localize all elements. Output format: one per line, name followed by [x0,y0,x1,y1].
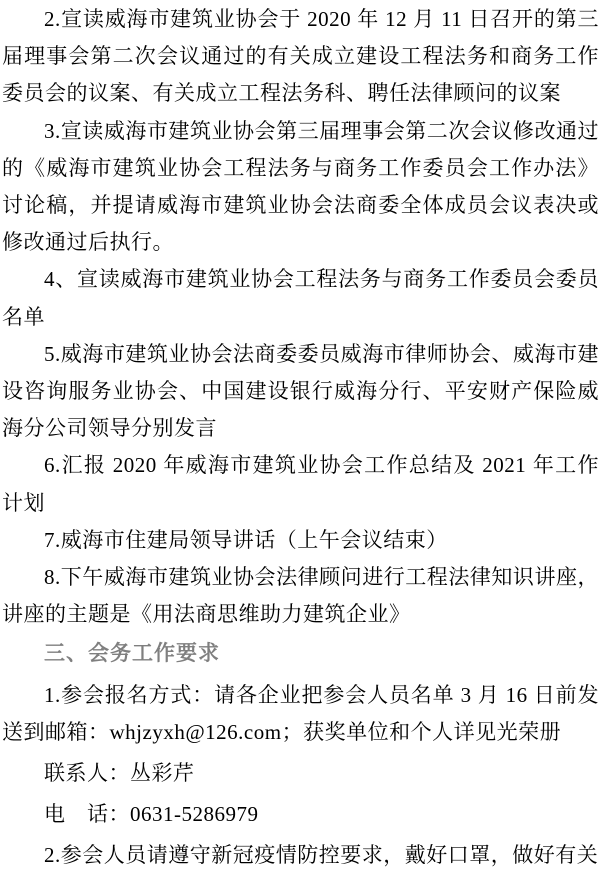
document-page: 2.宣读威海市建筑业协会于 2020 年 12 月 11 日召开的第三届理事会第… [0,0,601,875]
body-paragraph: 联系人：丛彩芹 [2,755,599,792]
body-paragraph: 电 话：0631-5286979 [2,796,599,833]
body-paragraph: 7.威海市住建局领导讲话（上午会议结束） [2,522,599,559]
body-paragraph: 2.参会人员请遵守新冠疫情防控要求，戴好口罩，做好有关 [2,837,599,874]
body-paragraph: 2.宣读威海市建筑业协会于 2020 年 12 月 11 日召开的第三届理事会第… [2,1,599,113]
body-paragraph: 6.汇报 2020 年威海市建筑业协会工作总结及 2021 年工作计划 [2,447,599,521]
body-paragraph: 5.威海市建筑业协会法商委委员威海市律师协会、威海市建设咨询服务业协会、中国建设… [2,336,599,448]
body-paragraph: 4、宣读威海市建筑业协会工程法务与商务工作委员会委员名单 [2,261,599,335]
body-paragraph: 3.宣读威海市建筑业协会第三届理事会第二次会议修改通过的《威海市建筑业协会工程法… [2,113,599,262]
section-heading: 三、会务工作要求 [2,635,599,672]
body-paragraph: 8.下午威海市建筑业协会法律顾问进行工程法律知识讲座，讲座的主题是《用法商思维助… [2,559,599,633]
body-paragraph: 1.参会报名方式：请各企业把参会人员名单 3 月 16 日前发送到邮箱：whjz… [2,677,599,751]
